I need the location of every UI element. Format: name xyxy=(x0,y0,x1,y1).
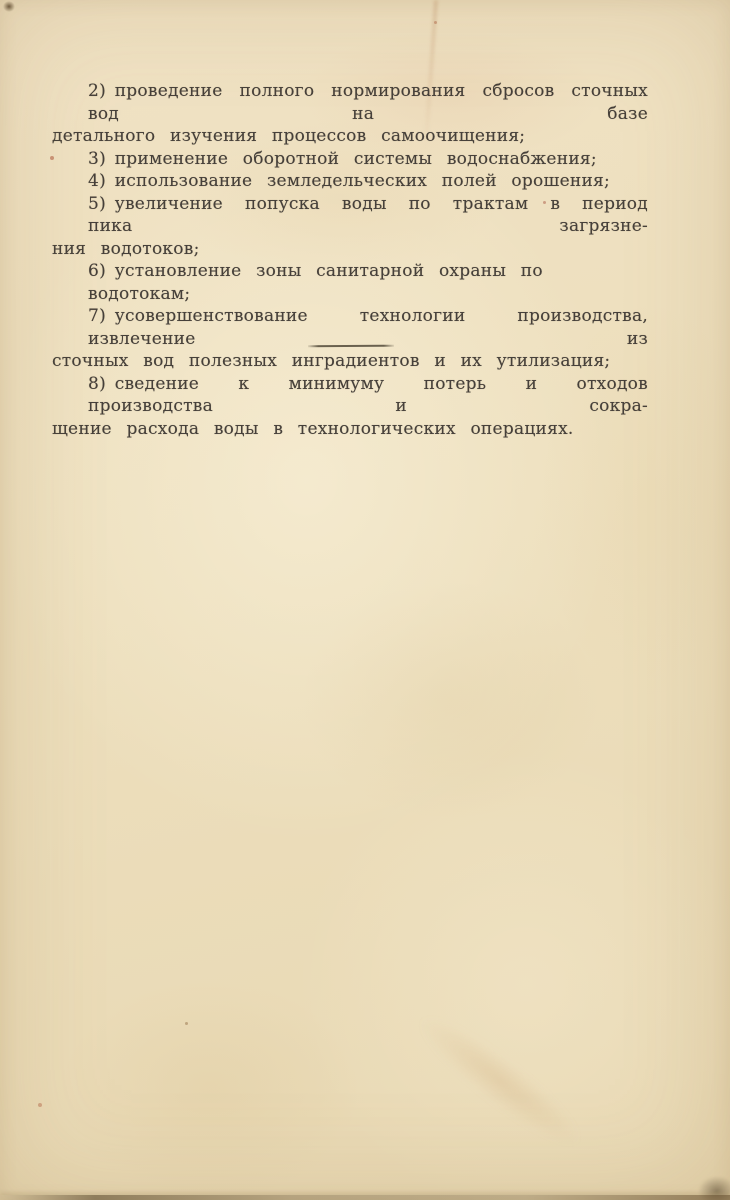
corner-ink-mark xyxy=(3,1,15,12)
scanned-page: 2) проведение полного нормирования сброс… xyxy=(0,0,730,1200)
text-line: 6) установление зоны санитарной охраны п… xyxy=(52,260,648,305)
text-line: 3) применение оборотной системы водоснаб… xyxy=(52,148,648,171)
text-line: ния водотоков; xyxy=(52,238,648,261)
text-line: 8) сведение к минимуму потерь и отходов … xyxy=(52,373,648,418)
text-line: 7) усовершенствование технологии произво… xyxy=(52,305,648,350)
corner-smudge xyxy=(698,1176,730,1200)
paper-stain xyxy=(300,580,600,820)
paper-speck xyxy=(434,21,437,24)
text-line: детального изучения процессов самоочищен… xyxy=(52,125,648,148)
text-line: 5) увеличение попуска воды по трактам в … xyxy=(52,193,648,238)
text-line: сточных вод полезных инградиентов и их у… xyxy=(52,350,648,373)
text-line: 2) проведение полного нормирования сброс… xyxy=(52,80,648,125)
paper-speck xyxy=(185,1022,188,1025)
paper-speck xyxy=(38,1103,42,1107)
page-bottom-shadow xyxy=(0,1195,730,1200)
body-text: 2) проведение полного нормирования сброс… xyxy=(52,80,648,440)
text-line: 4) использование земледельческих полей о… xyxy=(52,170,648,193)
text-line: щение расхода воды в технологических опе… xyxy=(52,418,648,441)
paper-stain xyxy=(60,980,360,1200)
paper-stain-streak xyxy=(408,1003,591,1159)
